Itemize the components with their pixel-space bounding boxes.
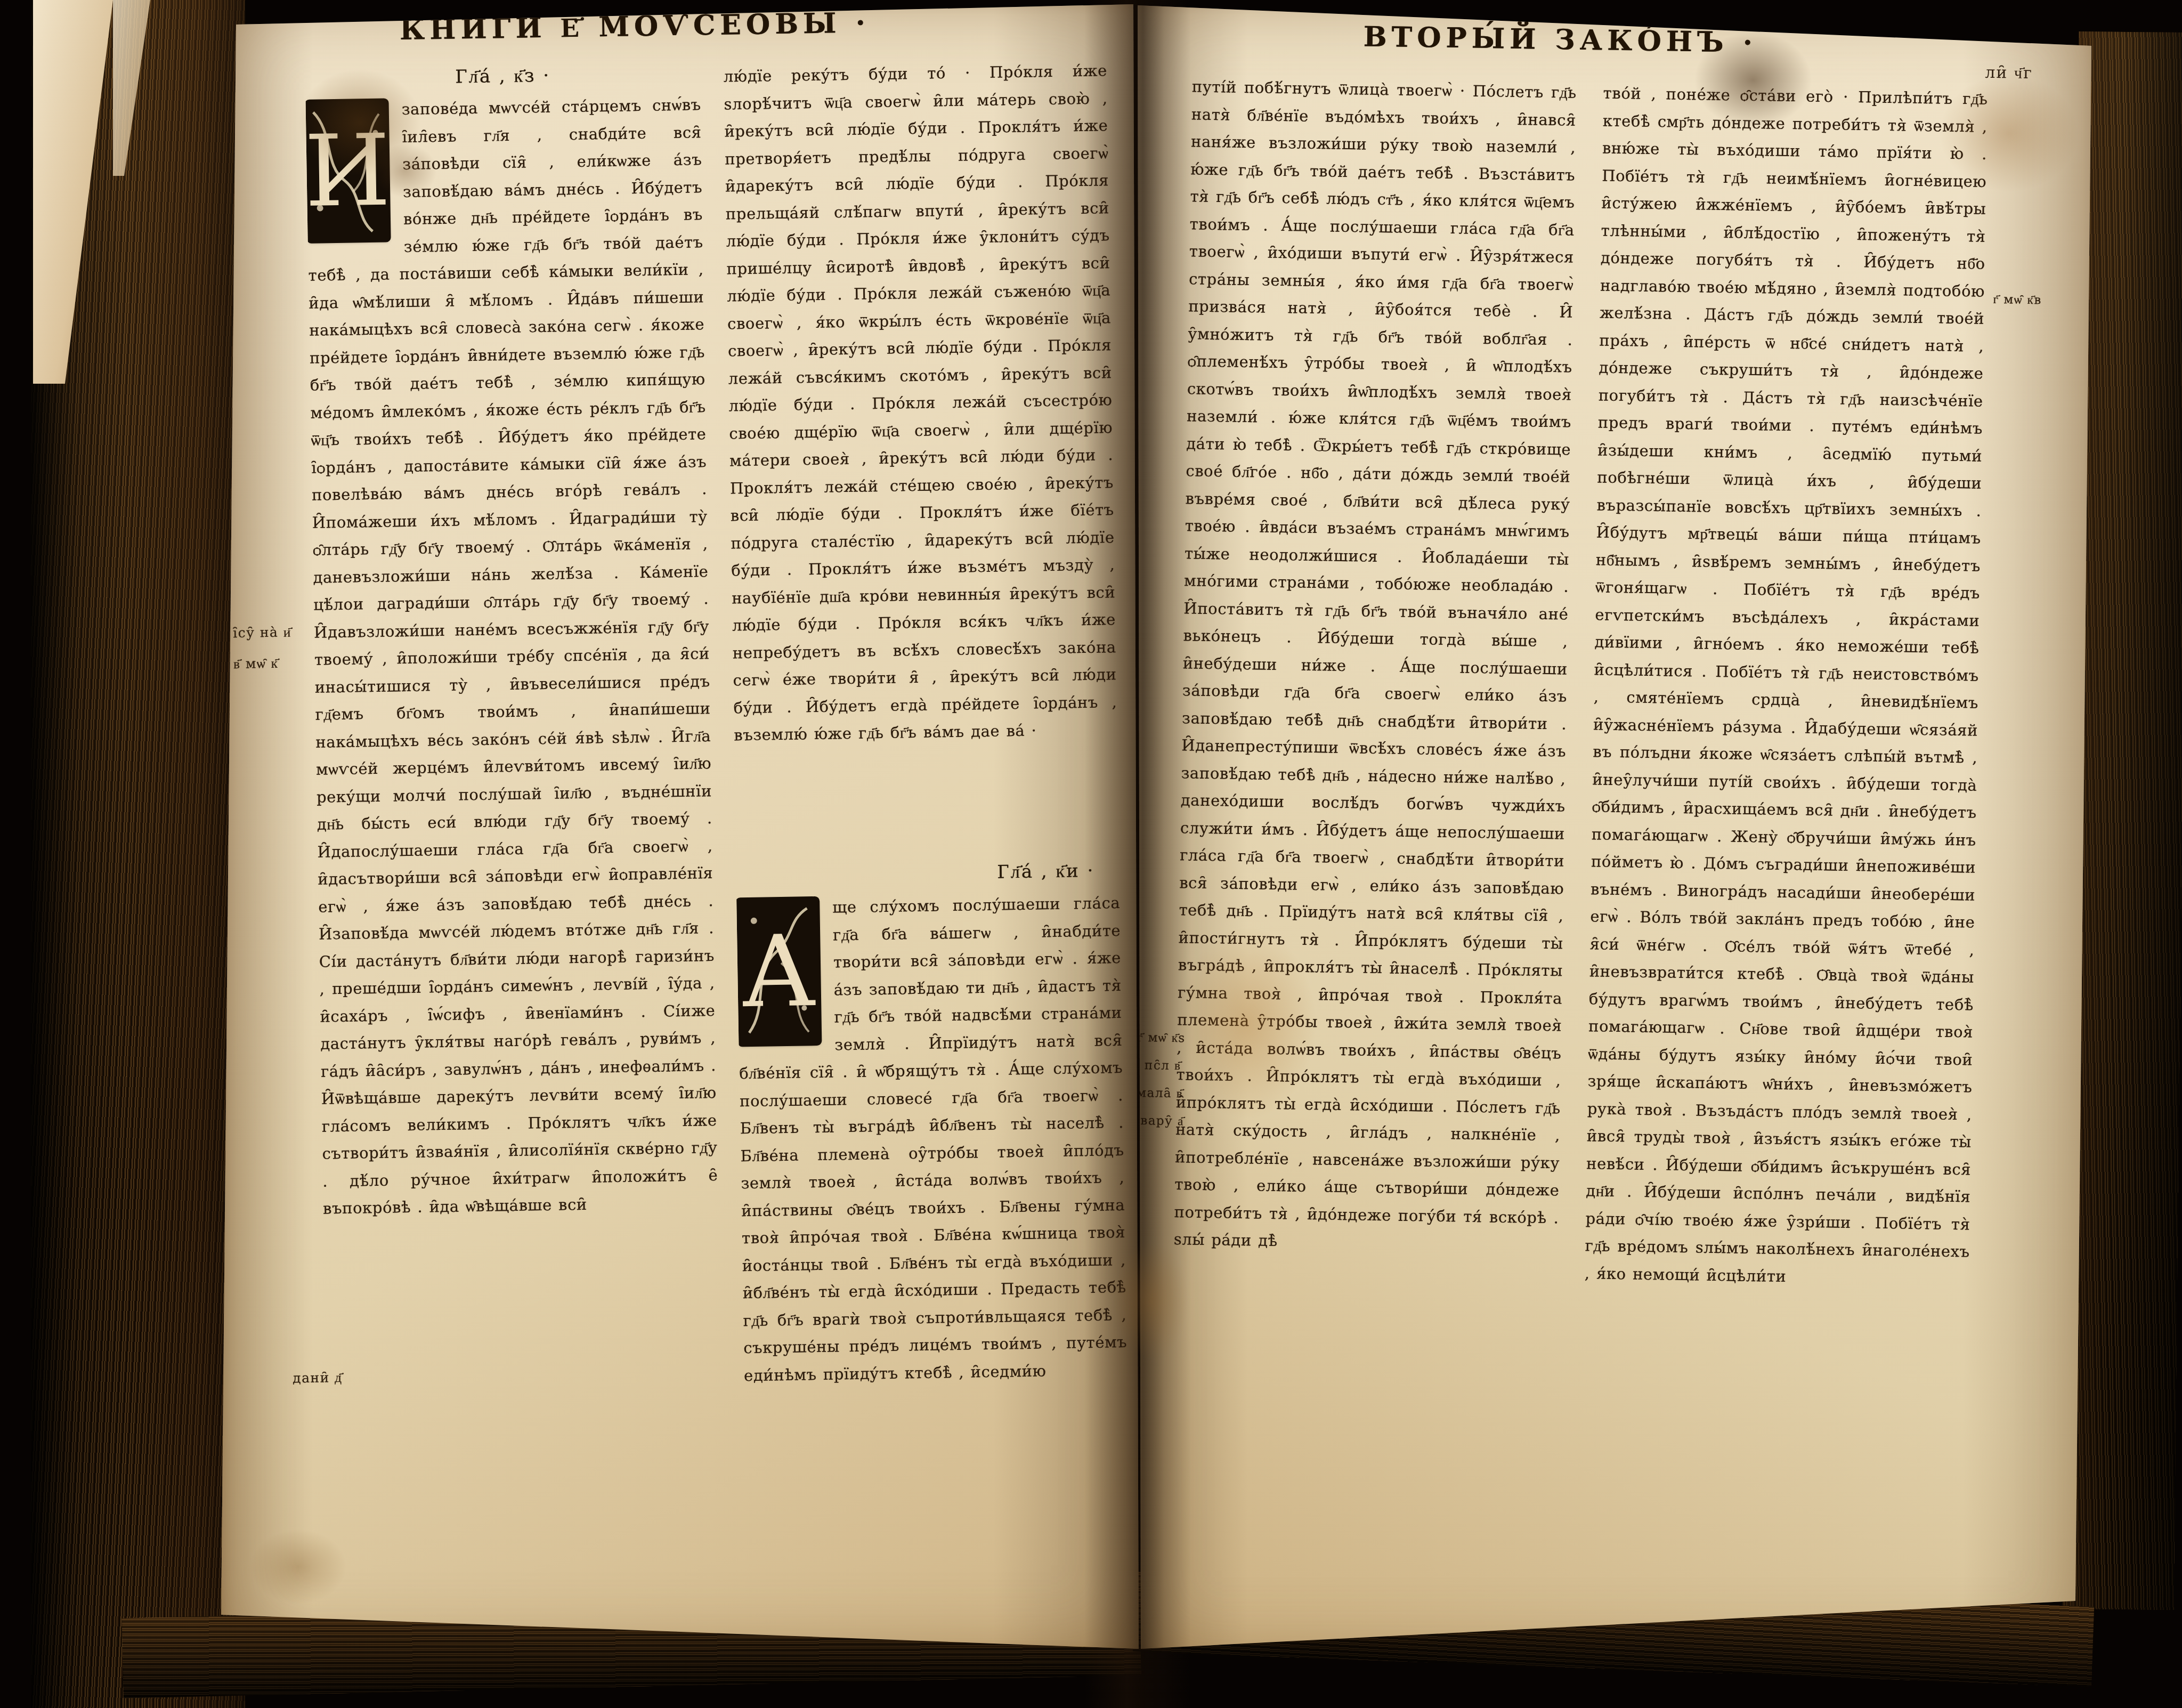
body-column-1: И запове́да мѡѵсе́й ста́рцемъ снѡ́въ і̑и… (305, 91, 725, 1613)
text-column-1: Гл҃а́ , к҃з · И запове́да мѡѵсе́й ста́рц… (305, 62, 725, 1622)
margin-note: мала̑ в҃ (1137, 1086, 1183, 1100)
right-page-content: ВТОРЫ́Й ЗАКО́НЪ · ли̑ ч҃г путі́й побѣ́гн… (1120, 0, 2111, 1667)
drop-cap-28: А (737, 898, 820, 1045)
margin-note: г҃ мѡ̑ к҃ѕ (1138, 1031, 1186, 1045)
left-page-content: КНИГИ Е҃ МОѴСЕ́ОВЫ · Гл҃а́ , к҃з · И зап… (208, 0, 1154, 1662)
margin-note: дани̑ д҃ (293, 1370, 343, 1386)
drop-cap-letter: И (307, 101, 389, 241)
drop-cap-letter: А (737, 898, 820, 1045)
margin-note: і̑су̑ на̀ и҃ (233, 624, 291, 641)
book-photo: КНИГИ Е҃ МОѴСЕ́ОВЫ · Гл҃а́ , к҃з · И зап… (0, 0, 2182, 1708)
drop-cap-27: И (307, 101, 389, 241)
body-column-3: путі́й побѣ́гнутъ ѿлица̀ твоегѡ̀ · По́сл… (1168, 73, 1577, 1624)
body-text: запове́да мѡѵсе́й ста́рцемъ снѡ́въ і̑ил̑… (308, 95, 718, 1217)
body-column-2b: А ще слу́хомъ послу́шаеши гла́са гд҃а бг… (736, 889, 1131, 1620)
chapter-heading-28: Гл҃а́ , к҃и · (736, 856, 1120, 890)
margin-note: г҃ мѡ̑ к҃в (1993, 293, 2042, 307)
chapter-heading-27: Гл҃а́ , к҃з · (305, 62, 701, 90)
text-column-3: путі́й побѣ́гнутъ ѿлица̀ твоегѡ̀ · По́сл… (1168, 73, 1577, 1624)
right-page: ВТОРЫ́Й ЗАКО́НЪ · ли̑ ч҃г путі́й побѣ́гн… (1132, 0, 2098, 1660)
running-header-left: КНИГИ Е҃ МОѴСЕ́ОВЫ · (224, 4, 1045, 49)
body-column-4: тво́й , поне́же ѻ̑ста́ви его̀ · Прилѣпи́… (1579, 79, 1988, 1609)
text-column-4: тво́й , поне́же ѻ̑ста́ви его̀ · Прилѣпи́… (1579, 79, 1988, 1609)
margin-note: вару̑ а҃ (1140, 1114, 1184, 1128)
body-column-2a: лю́дїе реку́тъ бу́ди то́ · Про́кля и́же … (723, 57, 1119, 862)
left-page: КНИГИ Е҃ МОѴСЕ́ОВЫ · Гл҃а́ , к҃з · И зап… (221, 0, 1140, 1655)
margin-note: пс̑л в҃ (1145, 1058, 1181, 1073)
folio-number: ли̑ ч҃г (1985, 63, 2033, 83)
margin-note: в҃ мѡ̑ к҃ (233, 655, 279, 672)
text-column-2: лю́дїе реку́тъ бу́ди то́ · Про́кля и́же … (723, 57, 1131, 1624)
running-header-right: ВТОРЫ́Й ЗАКО́НЪ · (1145, 17, 1976, 62)
